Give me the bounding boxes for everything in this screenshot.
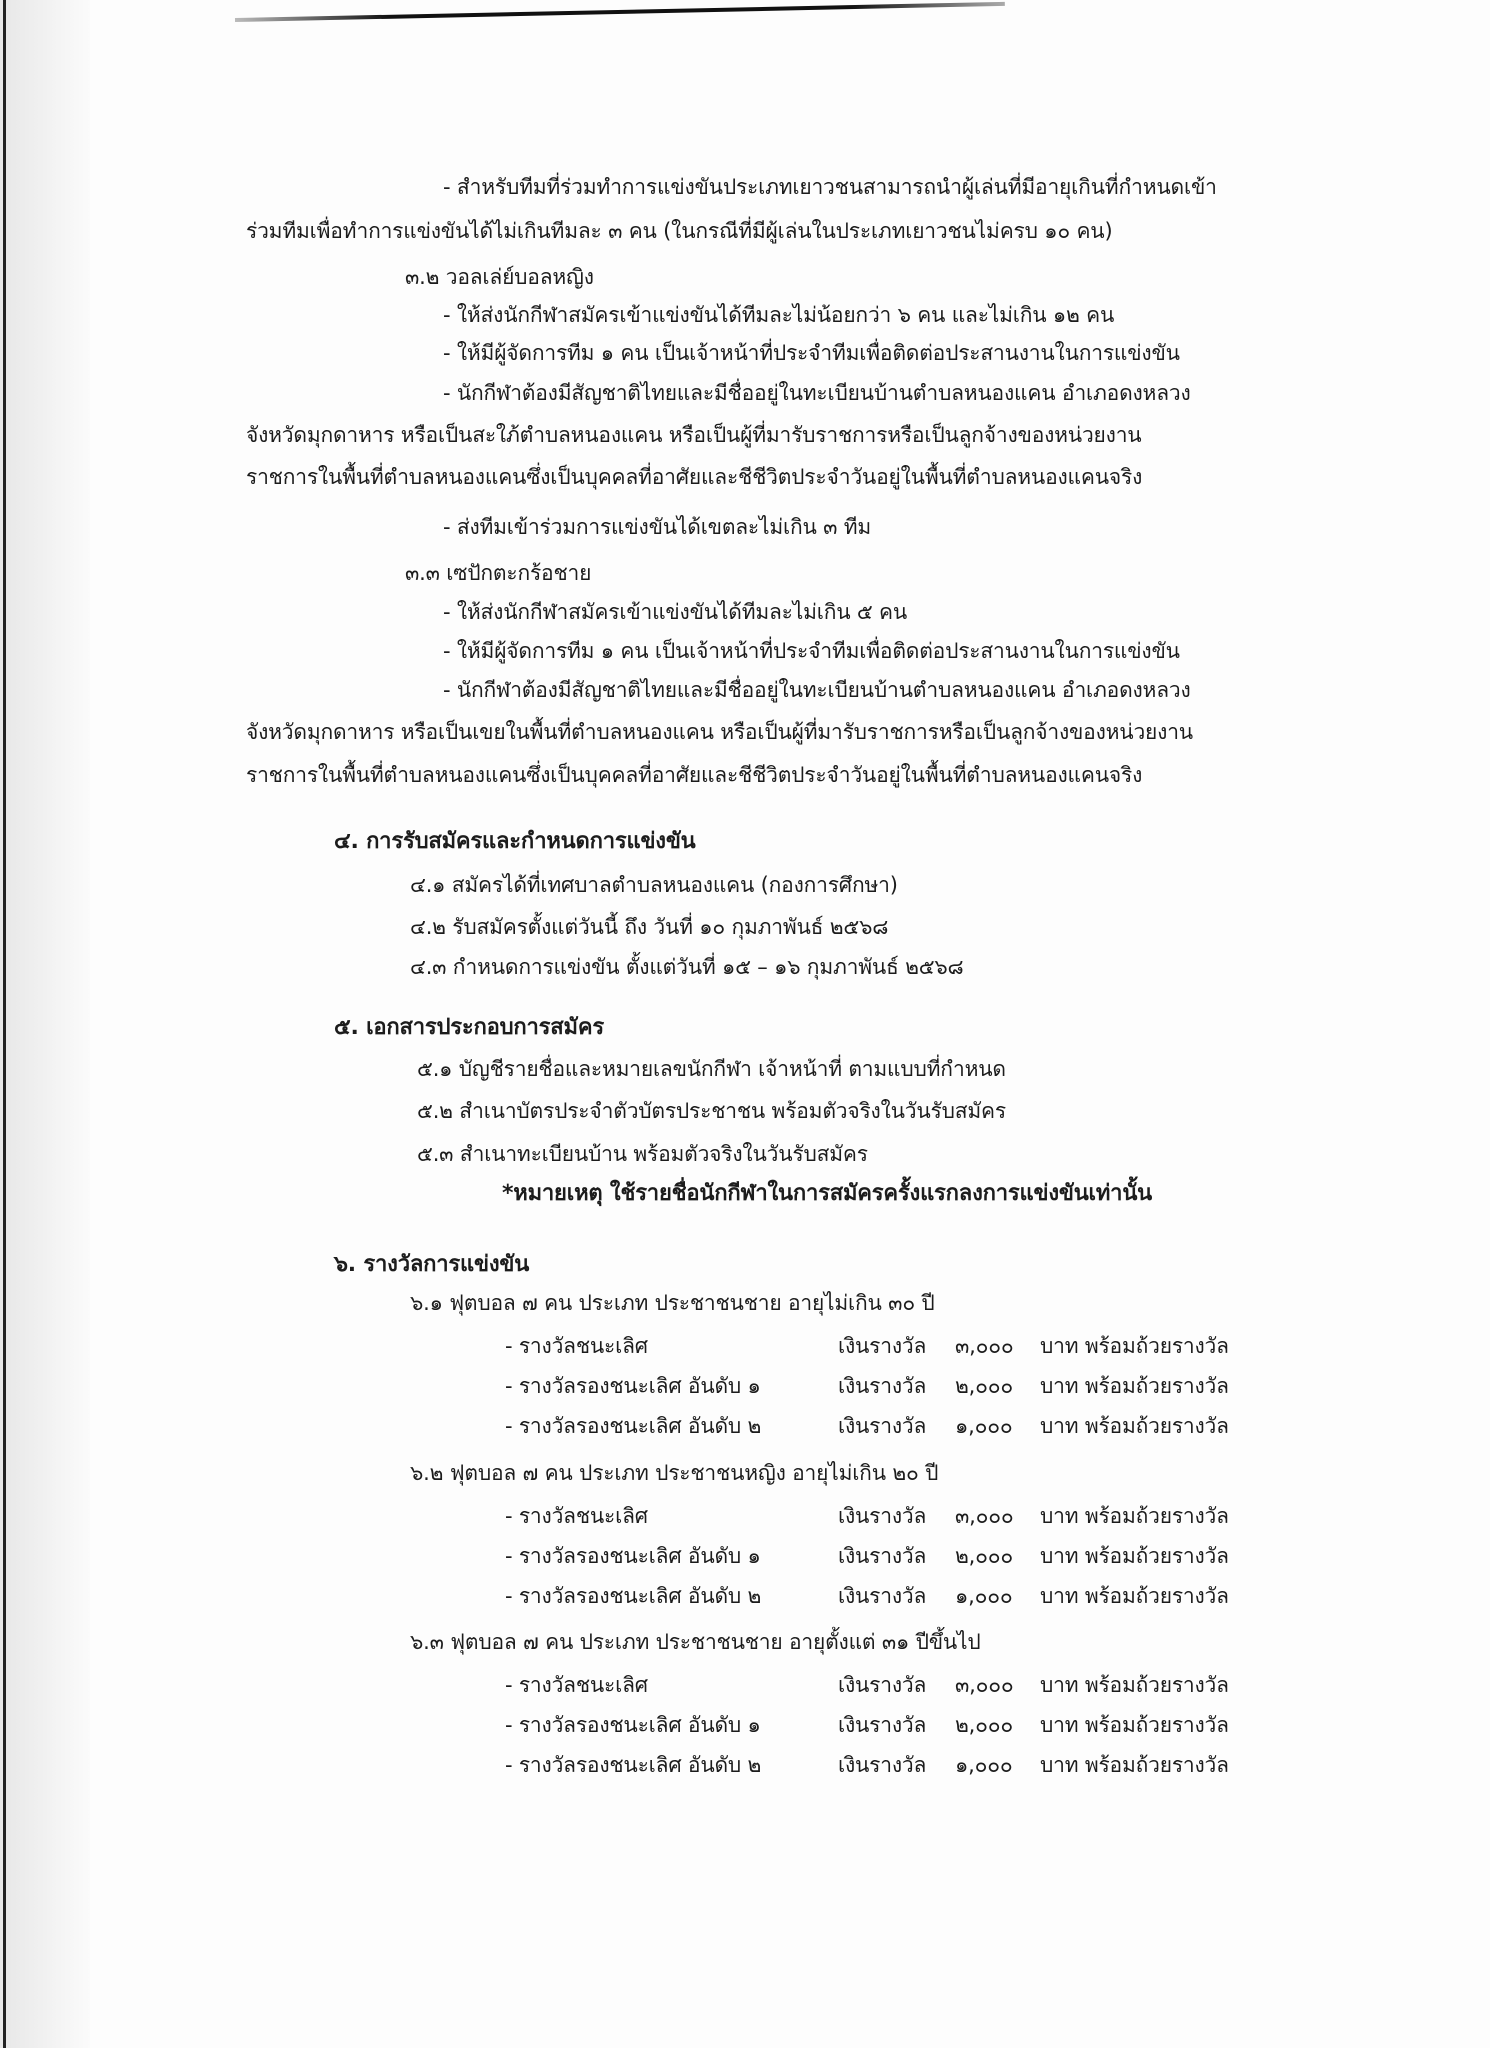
scan-edge-line xyxy=(3,0,6,2048)
prize-place: - รางวัลชนะเลิศ xyxy=(505,1670,648,1700)
prize-amount: ๓,๐๐๐ xyxy=(955,1670,1013,1700)
scan-top-edge xyxy=(235,2,1005,22)
prize-trophy-label: บาท พร้อมถ้วยรางวัล xyxy=(1040,1670,1229,1700)
prize-category-title: ๖.๒ ฟุตบอล ๗ คน ประเภท ประชาชนหญิง อายุไ… xyxy=(410,1458,938,1488)
prize-trophy-label: บาท พร้อมถ้วยรางวัล xyxy=(1040,1541,1229,1571)
paragraph: ราชการในพื้นที่ตำบลหนองแคนซึ่งเป็นบุคคลท… xyxy=(246,760,1142,790)
prize-trophy-label: บาท พร้อมถ้วยรางวัล xyxy=(1040,1371,1229,1401)
subsection-title: ๓.๓ เซปักตะกร้อชาย xyxy=(405,558,591,588)
list-item: ๕.๓ สำเนาทะเบียนบ้าน พร้อมตัวจริงในวันรั… xyxy=(417,1139,868,1169)
prize-amount: ๑,๐๐๐ xyxy=(955,1581,1012,1611)
section-heading: ๖. รางวัลการแข่งขัน xyxy=(334,1250,529,1280)
list-item: ๕.๑ บัญชีรายชื่อและหมายเลขนักกีฬา เจ้าหน… xyxy=(417,1054,1006,1084)
paragraph: ราชการในพื้นที่ตำบลหนองแคนซึ่งเป็นบุคคลท… xyxy=(246,462,1142,492)
prize-place: - รางวัลชนะเลิศ xyxy=(505,1331,648,1361)
list-item: - ให้ส่งนักกีฬาสมัครเข้าแข่งขันได้ทีมละไ… xyxy=(443,300,1114,330)
prize-money-label: เงินรางวัล xyxy=(838,1371,926,1401)
prize-amount: ๒,๐๐๐ xyxy=(955,1541,1013,1571)
prize-trophy-label: บาท พร้อมถ้วยรางวัล xyxy=(1040,1331,1229,1361)
list-item: - ให้มีผู้จัดการทีม ๑ คน เป็นเจ้าหน้าที่… xyxy=(443,636,1180,666)
section-heading: ๔. การรับสมัครและกำหนดการแข่งขัน xyxy=(334,827,696,857)
prize-amount: ๓,๐๐๐ xyxy=(955,1331,1013,1361)
prize-money-label: เงินรางวัล xyxy=(838,1581,926,1611)
prize-trophy-label: บาท พร้อมถ้วยรางวัล xyxy=(1040,1581,1229,1611)
prize-money-label: เงินรางวัล xyxy=(838,1710,926,1740)
prize-trophy-label: บาท พร้อมถ้วยรางวัล xyxy=(1040,1411,1229,1441)
prize-amount: ๒,๐๐๐ xyxy=(955,1371,1013,1401)
prize-place: - รางวัลรองชนะเลิศ อันดับ ๒ xyxy=(505,1750,761,1780)
prize-place: - รางวัลรองชนะเลิศ อันดับ ๑ xyxy=(505,1541,761,1571)
list-item: ๔.๑ สมัครได้ที่เทศบาลตำบลหนองแคน (กองการ… xyxy=(410,870,898,900)
list-item: ๔.๓ กำหนดการแข่งขัน ตั้งแต่วันที่ ๑๕ – ๑… xyxy=(410,952,964,982)
list-item: - ให้มีผู้จัดการทีม ๑ คน เป็นเจ้าหน้าที่… xyxy=(443,338,1180,368)
prize-money-label: เงินรางวัล xyxy=(838,1750,926,1780)
prize-trophy-label: บาท พร้อมถ้วยรางวัล xyxy=(1040,1710,1229,1740)
prize-amount: ๑,๐๐๐ xyxy=(955,1411,1012,1441)
paragraph: - สำหรับทีมที่ร่วมทำการแข่งขันประเภทเยาว… xyxy=(443,172,1217,202)
prize-money-label: เงินรางวัล xyxy=(838,1541,926,1571)
prize-place: - รางวัลชนะเลิศ xyxy=(505,1501,648,1531)
paragraph: จังหวัดมุกดาหาร หรือเป็นเขยในพื้นที่ตำบล… xyxy=(246,717,1193,747)
prize-trophy-label: บาท พร้อมถ้วยรางวัล xyxy=(1040,1750,1229,1780)
note: *หมายเหตุ ใช้รายชื่อนักกีฬาในการสมัครครั… xyxy=(502,1179,1152,1209)
scan-margin-shadow xyxy=(0,0,90,2048)
list-item: - ส่งทีมเข้าร่วมการแข่งขันได้เขตละไม่เกิ… xyxy=(443,512,871,542)
prize-place: - รางวัลรองชนะเลิศ อันดับ ๑ xyxy=(505,1371,761,1401)
prize-money-label: เงินรางวัล xyxy=(838,1411,926,1441)
prize-place: - รางวัลรองชนะเลิศ อันดับ ๒ xyxy=(505,1581,761,1611)
prize-category-title: ๖.๓ ฟุตบอล ๗ คน ประเภท ประชาชนชาย อายุตั… xyxy=(410,1627,981,1657)
prize-amount: ๓,๐๐๐ xyxy=(955,1501,1013,1531)
list-item: - ให้ส่งนักกีฬาสมัครเข้าแข่งขันได้ทีมละไ… xyxy=(443,597,907,627)
list-item: ๔.๒ รับสมัครตั้งแต่วันนี้ ถึง วันที่ ๑๐ … xyxy=(410,912,888,942)
prize-category-title: ๖.๑ ฟุตบอล ๗ คน ประเภท ประชาชนชาย อายุไม… xyxy=(410,1288,935,1318)
prize-amount: ๒,๐๐๐ xyxy=(955,1710,1013,1740)
prize-money-label: เงินรางวัล xyxy=(838,1670,926,1700)
prize-amount: ๑,๐๐๐ xyxy=(955,1750,1012,1780)
list-item: - นักกีฬาต้องมีสัญชาติไทยและมีชื่ออยู่ใน… xyxy=(443,378,1191,408)
prize-place: - รางวัลรองชนะเลิศ อันดับ ๒ xyxy=(505,1411,761,1441)
section-heading: ๕. เอกสารประกอบการสมัคร xyxy=(334,1013,604,1043)
list-item: - นักกีฬาต้องมีสัญชาติไทยและมีชื่ออยู่ใน… xyxy=(443,675,1191,705)
subsection-title: ๓.๒ วอลเล่ย์บอลหญิง xyxy=(405,262,594,292)
prize-money-label: เงินรางวัล xyxy=(838,1331,926,1361)
list-item: ๕.๒ สำเนาบัตรประจำตัวบัตรประชาชน พร้อมตั… xyxy=(417,1096,1006,1126)
paragraph: ร่วมทีมเพื่อทำการแข่งขันได้ไม่เกินทีมละ … xyxy=(246,216,1112,246)
prize-money-label: เงินรางวัล xyxy=(838,1501,926,1531)
prize-trophy-label: บาท พร้อมถ้วยรางวัล xyxy=(1040,1501,1229,1531)
prize-place: - รางวัลรองชนะเลิศ อันดับ ๑ xyxy=(505,1710,761,1740)
paragraph: จังหวัดมุกดาหาร หรือเป็นสะใภ้ตำบลหนองแคน… xyxy=(246,420,1141,450)
